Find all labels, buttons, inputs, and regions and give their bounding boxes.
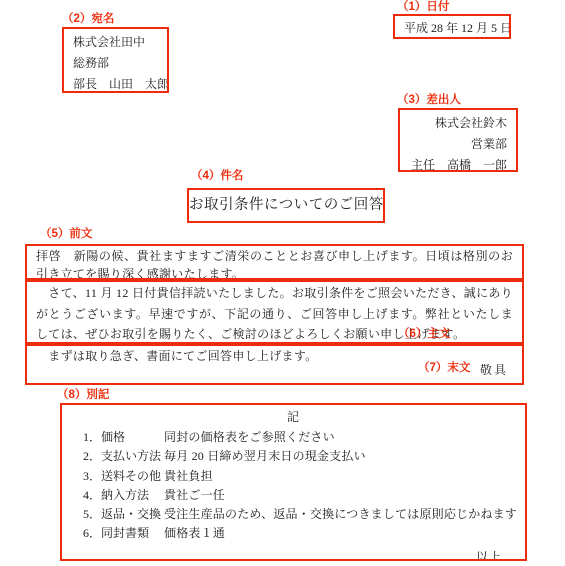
opening-box: 拝啓 新陽の候、貴社ますますご清栄のこととお喜び申し上げます。日頃は格別のお引き… (25, 244, 524, 280)
recipient-company: 株式会社田中 (73, 32, 167, 53)
annotation-sender-label: （3）差出人 (397, 94, 461, 107)
item-number: 6． (83, 526, 101, 540)
item-term: 返品・交換 (101, 507, 161, 521)
appendix-heading: 記 (62, 408, 525, 426)
subject-box: お取引条件についてのご回答 (187, 188, 385, 223)
annotation-closing-label: （7）末文 (418, 362, 470, 375)
appendix-item: 2．支払い方法毎月 20 日締め翌月末日の現金支払い (62, 447, 525, 466)
appendix-item: 5．返品・交換受注生産品のため、返品・交換につきましては原則応じかねます (62, 505, 525, 524)
item-number: 1． (83, 430, 101, 444)
item-term: 支払い方法 (101, 449, 161, 463)
item-number: 2． (83, 449, 101, 463)
appendix-item: 6．同封書類価格表１通 (62, 524, 525, 543)
item-description: 同封の価格表をご参照ください (164, 430, 335, 444)
item-term: 送料その他 (101, 469, 161, 483)
letter-subject: お取引条件についてのご回答 (189, 190, 383, 221)
appendix-box: 記 1．価格同封の価格表をご参照ください 2．支払い方法毎月 20 日締め翌月末… (60, 403, 527, 561)
appendix-item: 3．送料その他貴社負担 (62, 467, 525, 486)
sender-company: 株式会社鈴木 (400, 113, 507, 134)
item-number: 5． (83, 507, 101, 521)
business-letter-document: （1）日付 平成 28 年 12 月 5 日 （2）宛名 株式会社田中 総務部 … (0, 0, 565, 566)
item-term: 価格 (101, 430, 125, 444)
annotation-body-label: （6）主文 (398, 328, 450, 341)
annotation-subject-label: （4）件名 (191, 170, 243, 183)
item-description: 価格表１通 (164, 526, 225, 540)
item-description: 受注生産品のため、返品・交換につきましては原則応じかねます (164, 507, 517, 521)
item-description: 貴社ご一任 (164, 488, 225, 502)
date-box: 平成 28 年 12 月 5 日 (393, 14, 511, 39)
sender-department: 営業部 (400, 134, 507, 155)
recipient-box: 株式会社田中 総務部 部長 山田 太郎 様 (62, 27, 169, 93)
recipient-department: 総務部 (73, 53, 167, 74)
annotation-appendix-label: （8）別記 (57, 389, 109, 402)
item-term: 納入方法 (101, 488, 149, 502)
recipient-person: 部長 山田 太郎 様 (73, 74, 167, 93)
item-description: 毎月 20 日締め翌月末日の現金支払い (164, 449, 366, 463)
item-description: 貴社負担 (164, 469, 213, 483)
annotation-opening-label: （5）前文 (40, 228, 92, 241)
appendix-end-word: 以上 (62, 548, 525, 561)
closing-word: 敬具 (480, 361, 508, 378)
annotation-recipient-label: （2）宛名 (62, 13, 114, 26)
item-number: 4． (83, 488, 101, 502)
appendix-list: 1．価格同封の価格表をご参照ください 2．支払い方法毎月 20 日締め翌月末日の… (62, 428, 525, 544)
sender-person: 主任 高橋 一郎 (400, 155, 507, 172)
item-number: 3． (83, 469, 101, 483)
annotation-date-label: （1）日付 (397, 1, 449, 14)
sender-box: 株式会社鈴木 営業部 主任 高橋 一郎 (398, 108, 518, 172)
letter-opening: 拝啓 新陽の候、貴社ますますご清栄のこととお喜び申し上げます。日頃は格別のお引き… (36, 247, 513, 280)
item-term: 同封書類 (101, 526, 149, 540)
letter-date: 平成 28 年 12 月 5 日 (404, 18, 509, 39)
appendix-item: 4．納入方法貴社ご一任 (62, 486, 525, 505)
appendix-item: 1．価格同封の価格表をご参照ください (62, 428, 525, 447)
